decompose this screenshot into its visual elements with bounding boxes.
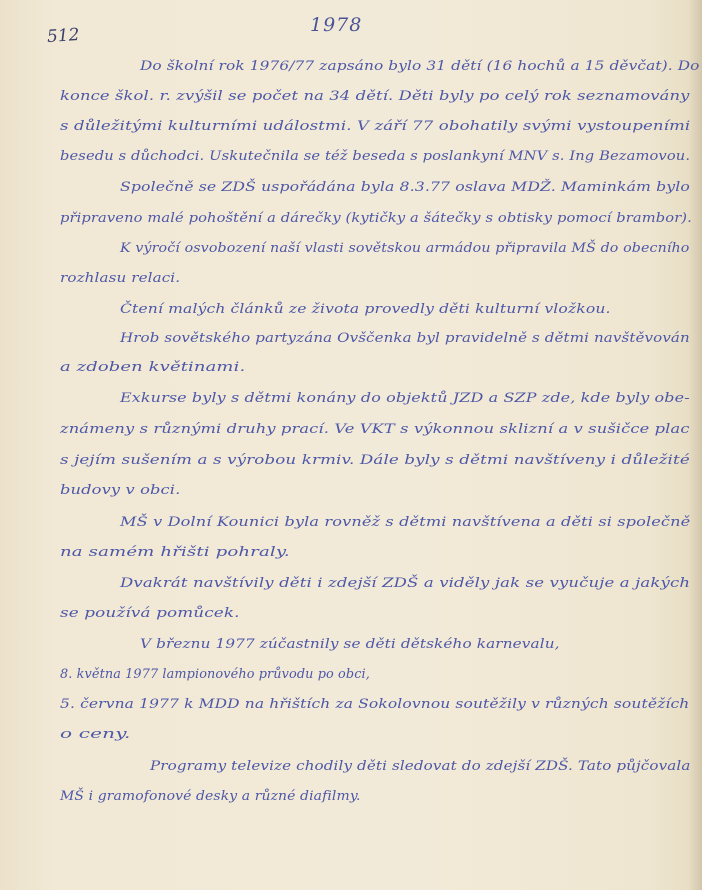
handwritten-line: se používá pomůcek. xyxy=(60,605,240,620)
handwritten-line: budovy v obci. xyxy=(60,482,180,497)
handwritten-line: konce škol. r. zvýšil se počet na 34 dět… xyxy=(60,88,689,103)
handwritten-line: s jejím sušením a s výrobou krmiv. Dále … xyxy=(60,452,690,467)
handwritten-line: Exkurse byly s dětmi konány do objektů J… xyxy=(120,390,690,405)
handwritten-line: Společně se ZDŠ uspořádána byla 8.3.77 o… xyxy=(120,179,690,194)
handwritten-line: Dvakrát navštívily děti i zdejší ZDŠ a v… xyxy=(120,575,690,590)
handwritten-line: MŠ v Dolní Kounici byla rovněž s dětmi n… xyxy=(120,514,690,529)
handwritten-line: K výročí osvobození naší vlasti sovětsko… xyxy=(120,240,689,255)
handwritten-line: besedu s důchodci. Uskutečnila se též be… xyxy=(60,148,690,163)
handwritten-line: známeny s různými druhy prací. Ve VKT s … xyxy=(60,421,690,436)
handwritten-line: rozhlasu relaci. xyxy=(60,270,180,285)
handwritten-line: 8. května 1977 lampionového průvodu po o… xyxy=(60,666,370,681)
chronicle-page: 512 1978 Do školní rok 1976/77 zapsáno b… xyxy=(0,0,702,890)
handwritten-line: Do školní rok 1976/77 zapsáno bylo 31 dě… xyxy=(140,58,700,73)
handwritten-line: 5. června 1977 k MDD na hřištích za Soko… xyxy=(60,696,689,711)
handwritten-line: MŠ i gramofonové desky a různé diafilmy. xyxy=(60,788,361,803)
page-number: 512 xyxy=(46,25,80,47)
handwritten-line: Programy televize chodily děti sledovat … xyxy=(150,758,690,773)
handwritten-line: V březnu 1977 zúčastnily se děti dětskéh… xyxy=(140,636,560,651)
handwritten-line: s důležitými kulturními událostmi. V zář… xyxy=(60,118,690,133)
year-heading: 1978 xyxy=(310,14,362,36)
handwritten-line: o ceny. xyxy=(60,726,131,741)
handwritten-line: a zdoben květinami. xyxy=(60,359,245,374)
handwritten-line: připraveno malé pohoštění a dárečky (kyt… xyxy=(60,210,692,225)
handwritten-line: Čtení malých článků ze života provedly d… xyxy=(120,301,611,316)
handwritten-line: na samém hřišti pohraly. xyxy=(60,544,290,559)
handwritten-line: Hrob sovětského partyzána Ovščenka byl p… xyxy=(120,330,690,345)
